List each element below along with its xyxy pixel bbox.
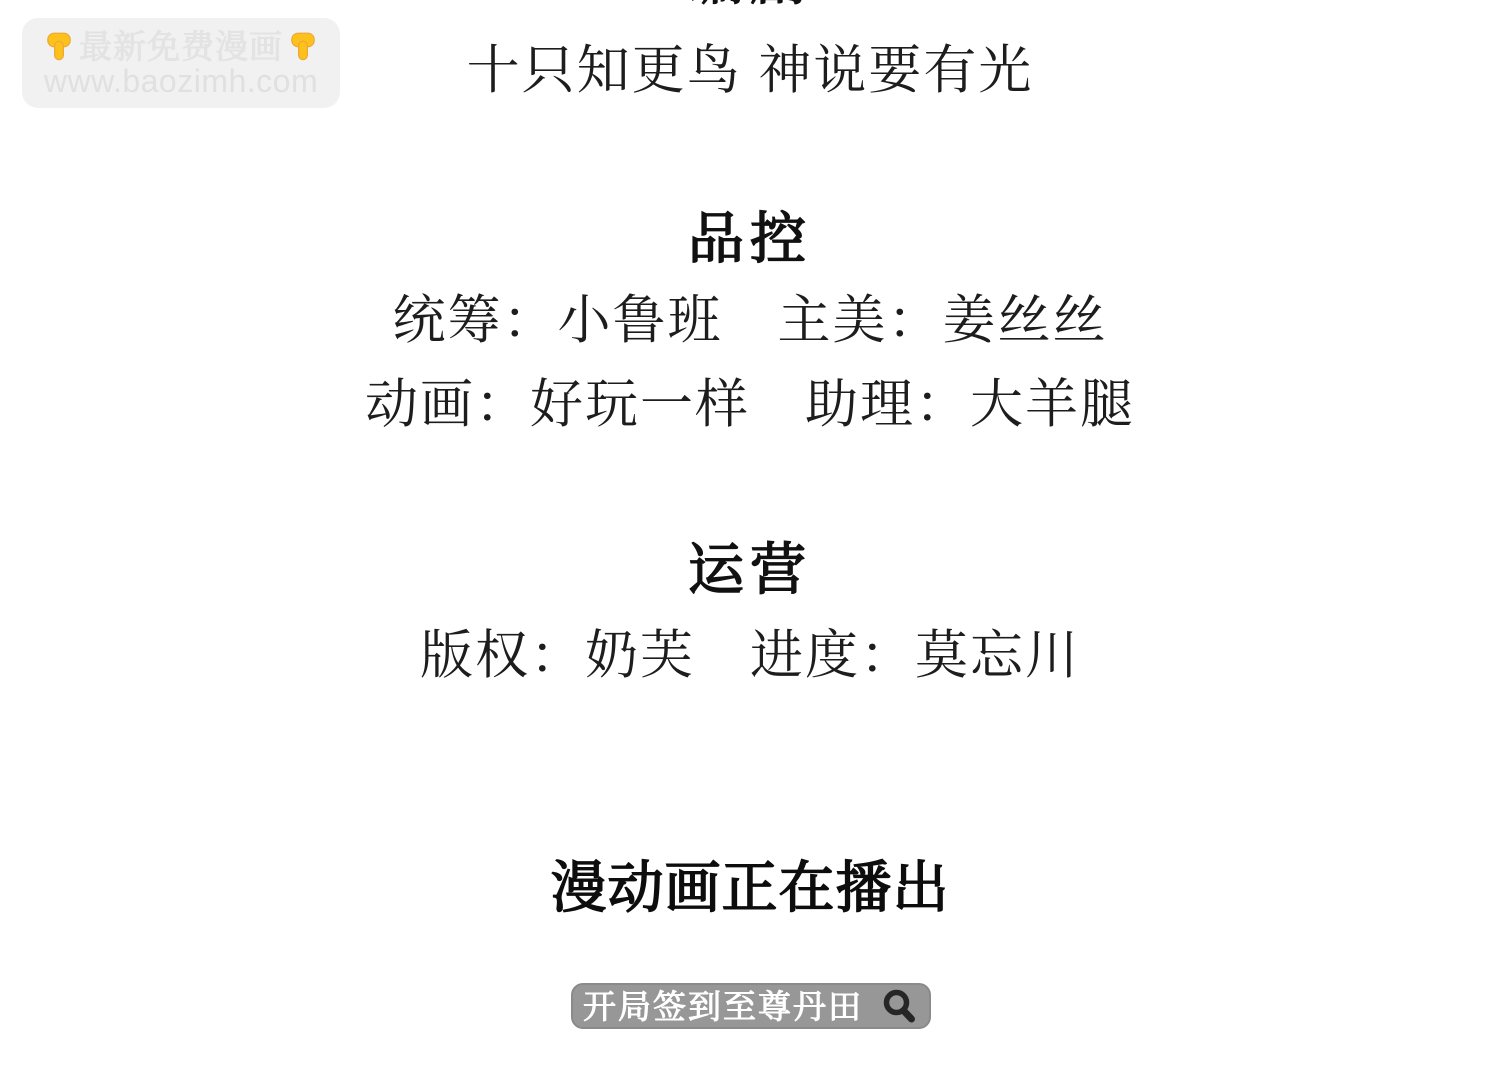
credit-line-animation-assistant: 动画：好玩一样 助理：大羊腿 bbox=[0, 378, 1500, 431]
section-heading-operations: 运营 bbox=[0, 542, 1500, 598]
search-icon bbox=[879, 986, 919, 1026]
credit-line-copyright-progress: 版权：奶芙 进度：莫忘川 bbox=[0, 629, 1500, 682]
section-heading-quality-control: 品控 bbox=[0, 211, 1500, 267]
banner-animation-airing: 漫动画正在播出 bbox=[0, 860, 1500, 916]
search-query-text: 开局签到至尊丹田 bbox=[583, 990, 863, 1023]
search-bar[interactable]: 开局签到至尊丹田 bbox=[571, 983, 931, 1029]
credit-line-scriptwriter-names: 十只知更鸟 神说要有光 bbox=[0, 44, 1500, 97]
comic-credits-page: 最新免费漫画 www.baozimh.com 编剧 十只知更鸟 神说要有光 品控… bbox=[0, 0, 1500, 1080]
section-heading-scriptwriter: 编剧 bbox=[0, 0, 1500, 8]
credit-line-coordinator-artdirector: 统筹：小鲁班 主美：姜丝丝 bbox=[0, 294, 1500, 347]
